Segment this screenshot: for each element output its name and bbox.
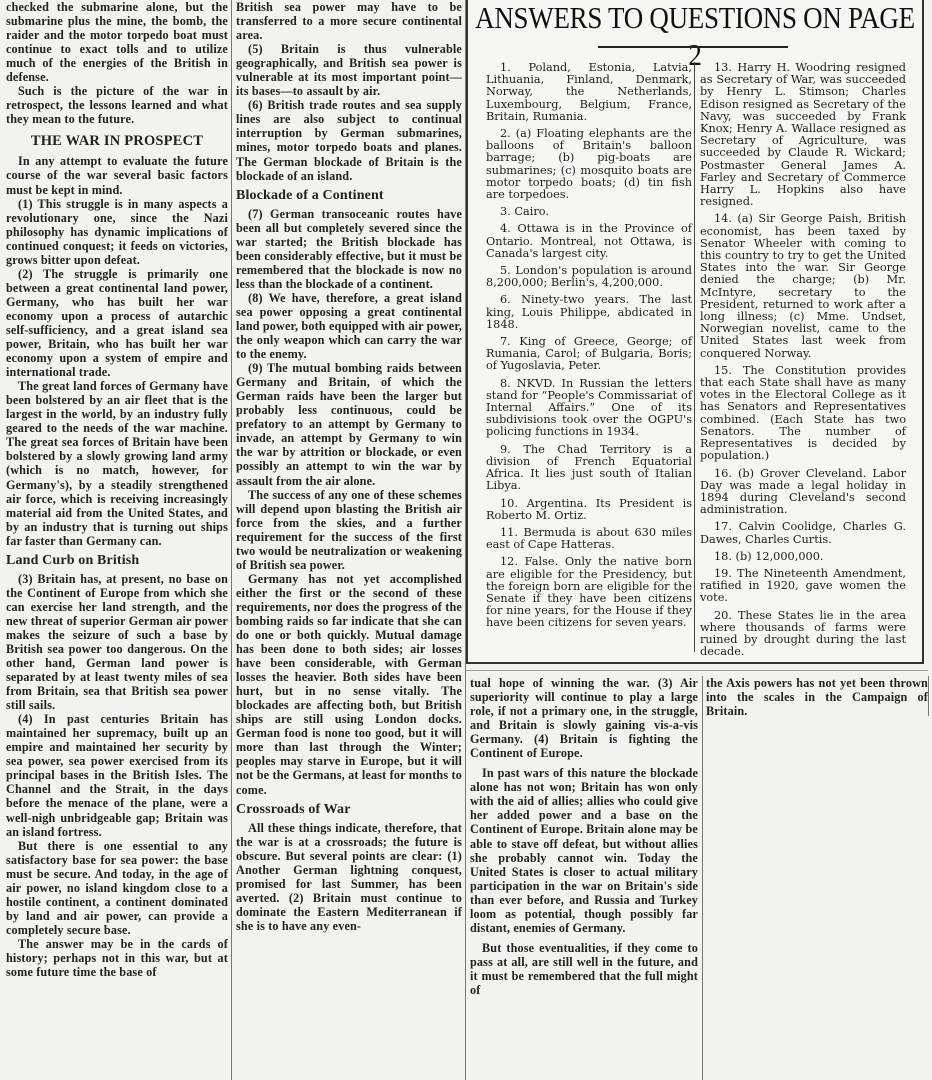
paragraph: Such is the picture of the war in retros… xyxy=(6,84,228,126)
paragraph: tual hope of winning the war. (3) Air su… xyxy=(470,676,698,760)
paragraph: (2) The struggle is primarily one betwee… xyxy=(6,267,228,379)
paragraph: (7) German transoceanic routes have been… xyxy=(236,207,462,291)
subheading: Land Curb on British xyxy=(6,552,228,569)
paragraph: In any attempt to evaluate the future co… xyxy=(6,154,228,196)
answer-item: 1. Poland, Estonia, Latvia, Lithuania, F… xyxy=(486,62,692,123)
paragraph: In past wars of this nature the blockade… xyxy=(470,766,698,935)
answers-left-column: 1. Poland, Estonia, Latvia, Lithuania, F… xyxy=(486,62,692,635)
column-divider xyxy=(231,0,232,1080)
paragraph: (3) Britain has, at present, no base on … xyxy=(6,572,228,712)
article-column-1: checked the submarine alone, but the sub… xyxy=(6,0,228,979)
answer-item: 7. King of Greece, George; of Rumania, C… xyxy=(486,336,692,373)
subheading: Blockade of a Continent xyxy=(236,187,462,204)
paragraph: (4) In past centuries Britain has mainta… xyxy=(6,712,228,838)
paragraph: All these things indicate, therefore, th… xyxy=(236,821,462,933)
paragraph: (5) Britain is thus vulnerable geographi… xyxy=(236,42,462,98)
paragraph: The answer may be in the cards of histor… xyxy=(6,937,228,979)
column-edge xyxy=(928,676,929,716)
answer-item: 2. (a) Floating elephants are the balloo… xyxy=(486,128,692,201)
answer-item: 5. London's population is around 8,200,0… xyxy=(486,265,692,289)
paragraph: Germany has not yet accomplished either … xyxy=(236,572,462,797)
paragraph: (6) British trade routes and sea supply … xyxy=(236,98,462,182)
answers-right-column: 13. Harry H. Woodring resigned as Secret… xyxy=(700,62,906,663)
article-column-2: British sea power may have to be transfe… xyxy=(236,0,462,933)
answers-divider xyxy=(694,62,695,652)
answer-item: 20. These States lie in the area where t… xyxy=(700,610,906,659)
answer-item: 11. Bermuda is about 630 miles east of C… xyxy=(486,527,692,551)
paragraph: British sea power may have to be transfe… xyxy=(236,0,462,42)
section-heading: THE WAR IN PROSPECT xyxy=(6,132,228,150)
answer-item: 4. Ottawa is in the Province of Ontario.… xyxy=(486,223,692,260)
paragraph: But those eventualities, if they come to… xyxy=(470,941,698,997)
answer-item: 3. Cairo. xyxy=(486,206,692,218)
horizontal-divider xyxy=(466,670,928,671)
answers-box: ANSWERS TO QUESTIONS ON PAGE 2 1. Poland… xyxy=(466,0,924,664)
paragraph: But there is one essential to any satisf… xyxy=(6,839,228,937)
paragraph: The great land forces of Germany have be… xyxy=(6,379,228,548)
answer-item: 14. (a) Sir George Paish, British econom… xyxy=(700,213,906,359)
article-column-4: the Axis powers has not yet been thrown … xyxy=(706,676,928,718)
answer-item: 8. NKVD. In Russian the letters stand fo… xyxy=(486,378,692,439)
paragraph: (8) We have, therefore, a great island s… xyxy=(236,291,462,361)
answer-item: 15. The Constitution provides that each … xyxy=(700,365,906,463)
answer-item: 9. The Chad Territory is a division of F… xyxy=(486,444,692,493)
answer-item: 16. (b) Grover Cleveland. Labor Day was … xyxy=(700,468,906,517)
answer-item: 13. Harry H. Woodring resigned as Secret… xyxy=(700,62,906,208)
paragraph: the Axis powers has not yet been thrown … xyxy=(706,676,928,718)
column-divider xyxy=(702,676,703,1080)
answer-item: 10. Argentina. Its President is Roberto … xyxy=(486,498,692,522)
paragraph: checked the submarine alone, but the sub… xyxy=(6,0,228,84)
paragraph: The success of any one of these schemes … xyxy=(236,488,462,572)
paragraph: (9) The mutual bombing raids between Ger… xyxy=(236,361,462,487)
answer-item: 12. False. Only the native born are elig… xyxy=(486,556,692,629)
answer-item: 18. (b) 12,000,000. xyxy=(700,551,906,563)
article-column-3: tual hope of winning the war. (3) Air su… xyxy=(470,676,698,997)
subheading: Crossroads of War xyxy=(236,801,462,818)
title-underline xyxy=(598,46,788,48)
paragraph: (1) This struggle is in many aspects a r… xyxy=(6,197,228,267)
answer-item: 6. Ninety-two years. The last king, Loui… xyxy=(486,294,692,331)
answer-item: 19. The Nineteenth Amendment, ratified i… xyxy=(700,568,906,605)
answer-item: 17. Calvin Coolidge, Charles G. Dawes, C… xyxy=(700,521,906,545)
